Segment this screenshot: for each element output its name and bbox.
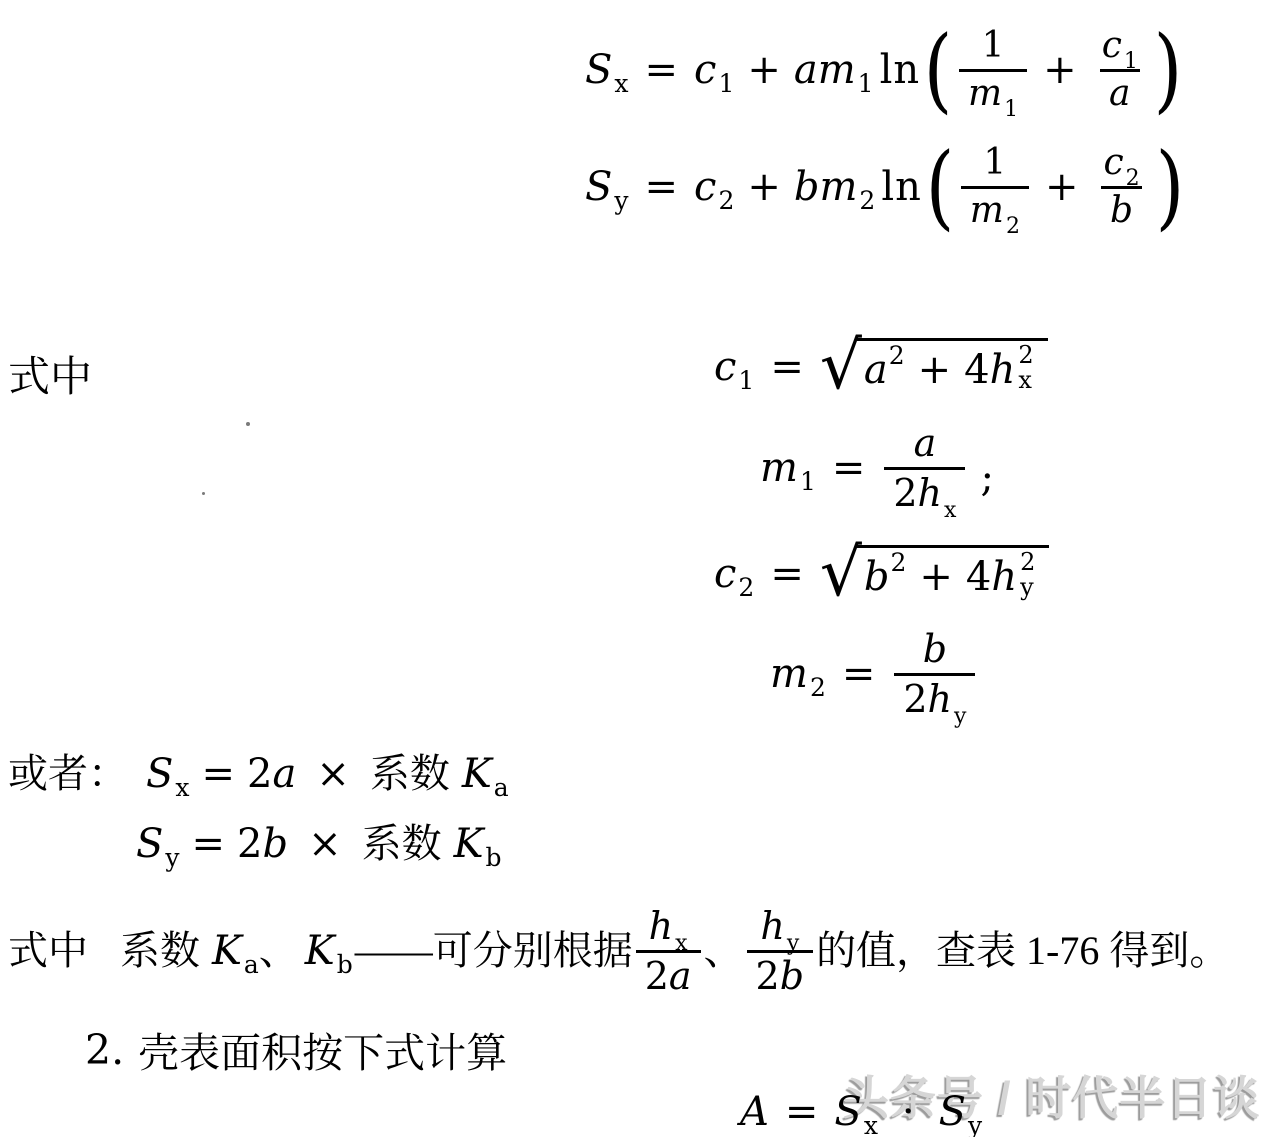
subscript: 2 [1126,167,1140,192]
variable: a [914,422,937,465]
variable: a [669,955,692,998]
variable: b [923,628,947,671]
scan-speck [246,422,250,426]
variable: h [990,350,1016,390]
variable: b [780,955,804,998]
fraction: c2 b [1094,141,1148,233]
where-label-1: 式中 [8,344,92,404]
number: 2 [237,824,262,864]
number: 2 [756,955,780,998]
subscript: 2 [718,188,734,213]
coefficient-word: 系数 [120,931,200,971]
fraction-numerator: 1 [973,24,1014,68]
variable: S [146,754,173,794]
fraction-numerator: hx [640,903,697,950]
fraction: a 2hx [884,420,965,516]
document-page: { "page": { "background": "#ffffff", "in… [0,0,1287,1137]
subscript: 2 [738,575,754,600]
subscript: x [944,499,956,524]
fraction-numerator: a [905,420,946,467]
variable: b [263,824,289,864]
plus-operator: + [747,50,781,90]
fraction-numerator: 1 [974,141,1015,185]
subscript: y [787,932,799,957]
fraction-denominator: 2b [747,950,814,1000]
equals-sign: = [645,50,679,90]
equals-sign: = [842,654,876,694]
fraction: b 2hy [894,626,975,722]
radicand: a2 + 4h 2x [856,338,1048,396]
variable: K [454,824,484,864]
times-operator: × [316,754,350,794]
variable: c [694,50,716,90]
where-label-text: 式中 [8,931,88,971]
variable: c [1103,143,1123,183]
subscript: 1 [1124,50,1138,75]
number: 2 [645,955,669,998]
subscript: 1 [738,368,754,393]
alt-equation-sy: Sy = 2b × 系数 Kb [136,816,502,872]
number: 2 [893,472,917,515]
variable: A [740,1092,769,1132]
subscript: a [244,952,259,977]
plus-operator: + [1045,167,1079,207]
alt-equation-sx: 或者： Sx = 2a × 系数 Ka [8,746,509,802]
section-number: 2. [85,1026,124,1074]
sup-sub-stack: 2y [1020,550,1035,599]
fraction-denominator: a [1100,69,1139,116]
variable: c [694,167,716,207]
sup-sub-stack: 2x [1018,343,1033,392]
subscript: y [954,705,966,730]
ln-function: ln [880,50,921,90]
section-heading: 2. 壳表面积按下式计算 [85,1020,507,1079]
enumeration-comma: 、 [704,931,744,971]
equation-m1: m1 = a 2hx ; [760,424,994,512]
equals-sign: = [832,448,866,488]
number: 4 [966,557,991,597]
fraction-denominator: m2 [961,186,1029,233]
variable: h [649,905,673,948]
watermark-text: 头条号 / 时代半日谈 [843,1072,1260,1124]
fraction-numerator: hy [751,903,808,950]
variable: a [864,350,888,390]
subscript: y [1020,575,1034,599]
variable: K [305,931,335,971]
subscript: y [614,188,628,213]
variable: K [462,754,492,794]
fraction: hy 2b [747,903,814,999]
fraction-denominator: m1 [959,69,1027,116]
number: 4 [964,350,989,390]
close-paren: ) [1153,30,1182,111]
equation-c2: c2 = √ b2 + 4h 2y [714,536,1049,612]
subscript: b [337,952,353,977]
number: 1 [982,26,1005,66]
variable: c [1102,26,1122,66]
variable: S [136,824,163,864]
where-paragraph: 式中 系数 Ka 、 Kb —— 可分别根据 hx 2a 、 hy 2b 的值，… [8,895,1229,1007]
fraction: hx 2a [636,903,701,999]
variable: S [585,50,612,90]
subscript: 1 [718,71,734,96]
times-operator: × [308,824,342,864]
square-root: √ b2 + 4h 2y [820,545,1050,603]
equation-sx: Sx = c1 + am1 ln ( 1 m1 + c1 a ) [585,24,1186,116]
ln-function: ln [881,167,922,207]
variable: S [585,167,612,207]
square-root: √ a2 + 4h 2x [820,338,1048,396]
variable: a [1109,74,1130,114]
subscript: y [165,845,179,870]
variable: b [794,167,820,207]
fraction-denominator: 2hx [884,467,965,517]
number: 1 [983,143,1006,183]
equals-sign: = [202,754,236,794]
em-dash: —— [355,931,431,971]
section-heading-text: 壳表面积按下式计算 [138,1020,507,1079]
alt-label: 或者： [8,754,128,794]
superscript: 2 [1020,550,1035,574]
variable: m [970,191,1004,231]
where-label-text: 式中 [8,344,92,404]
open-paren: ( [924,30,953,111]
variable: h [991,557,1017,597]
subscript: x [675,932,687,957]
subscript: 1 [858,71,874,96]
equation-c1: c1 = √ a2 + 4h 2x [714,330,1048,404]
equals-sign: = [770,554,804,594]
variable: c [714,347,736,387]
plus-operator: + [918,350,952,390]
plus-operator: + [747,167,781,207]
variable: b [864,557,890,597]
subscript: a [494,775,509,800]
superscript: 2 [891,550,907,575]
equals-sign: = [192,824,226,864]
variable: c [714,554,736,594]
subscript: 1 [1004,98,1018,123]
superscript: 2 [889,343,905,368]
coefficient-word: 系数 [362,824,442,864]
variable: m [818,50,856,90]
subscript: x [614,71,628,96]
close-paren: ) [1155,147,1184,228]
semicolon: ; [980,458,993,498]
equals-sign: = [785,1092,819,1132]
superscript: 2 [1018,343,1033,367]
equals-sign: = [770,347,804,387]
variable: K [212,931,242,971]
fraction-denominator: 2hy [894,673,975,723]
fraction-numerator: c1 [1093,24,1147,68]
number: 2 [247,754,272,794]
where-tail-text: 的值，查表 1-76 得到。 [816,931,1229,971]
fraction-denominator: 2a [636,950,701,1000]
variable: a [272,754,296,794]
variable: m [968,74,1002,114]
subscript: x [1018,368,1032,392]
plus-operator: + [919,557,953,597]
fraction: 1 m1 [959,24,1027,116]
fraction-denominator: b [1101,186,1142,233]
equation-sy: Sy = c2 + bm2 ln ( 1 m2 + c2 b ) [585,141,1188,233]
fraction-numerator: c2 [1094,141,1148,185]
radicand: b2 + 4h 2y [856,545,1050,603]
subscript: 1 [800,469,816,494]
enumeration-comma: 、 [259,931,299,971]
variable: a [794,50,818,90]
open-paren: ( [925,147,954,228]
variable: h [928,678,952,721]
scan-speck [202,492,205,495]
number: 2 [903,678,927,721]
variable: m [760,448,798,488]
plus-operator: + [1043,50,1077,90]
equation-m2: m2 = b 2hy [770,628,978,720]
subscript: 2 [859,188,875,213]
watermark: 头条号 / 时代半日谈 [843,1062,1260,1128]
variable: h [760,905,784,948]
subscript: 2 [1006,215,1020,240]
subscript: b [486,845,502,870]
where-lead-text: 可分别根据 [433,931,633,971]
variable: m [770,654,808,694]
variable: h [918,472,942,515]
fraction: 1 m2 [961,141,1029,233]
subscript: 2 [810,675,826,700]
coefficient-word: 系数 [370,754,450,794]
equals-sign: = [645,167,679,207]
variable: b [1110,191,1133,231]
fraction: c1 a [1093,24,1147,116]
variable: m [819,167,857,207]
subscript: x [175,775,189,800]
fraction-numerator: b [914,626,956,673]
